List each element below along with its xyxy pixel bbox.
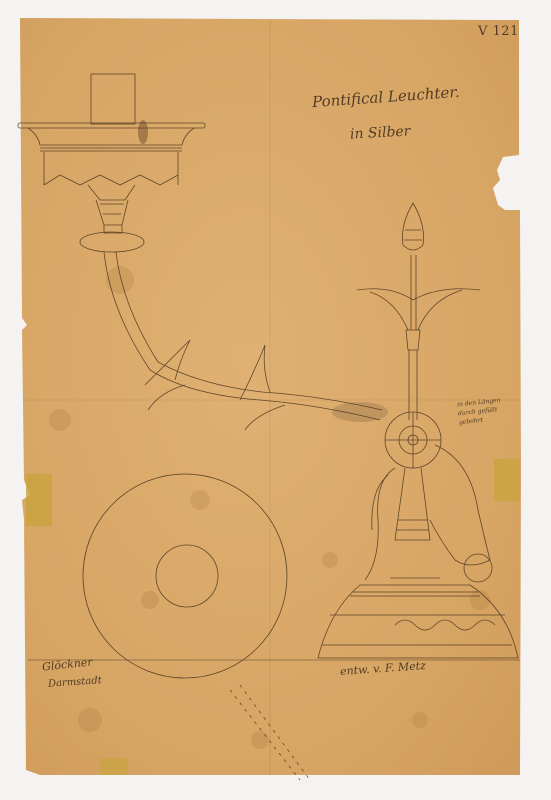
tape-left — [26, 474, 52, 526]
side-annotation: in den Längen durch gefüllt gebohrt — [457, 396, 503, 427]
catalog-number: V 121 — [478, 24, 519, 39]
paper-background — [20, 18, 521, 775]
tape-bottom — [100, 758, 128, 775]
tape-right — [494, 459, 520, 501]
drawing-sheet: V 121 Pontifical Leuchter. in Silber Glö… — [0, 0, 551, 800]
material-inscription: in Silber — [350, 123, 411, 142]
